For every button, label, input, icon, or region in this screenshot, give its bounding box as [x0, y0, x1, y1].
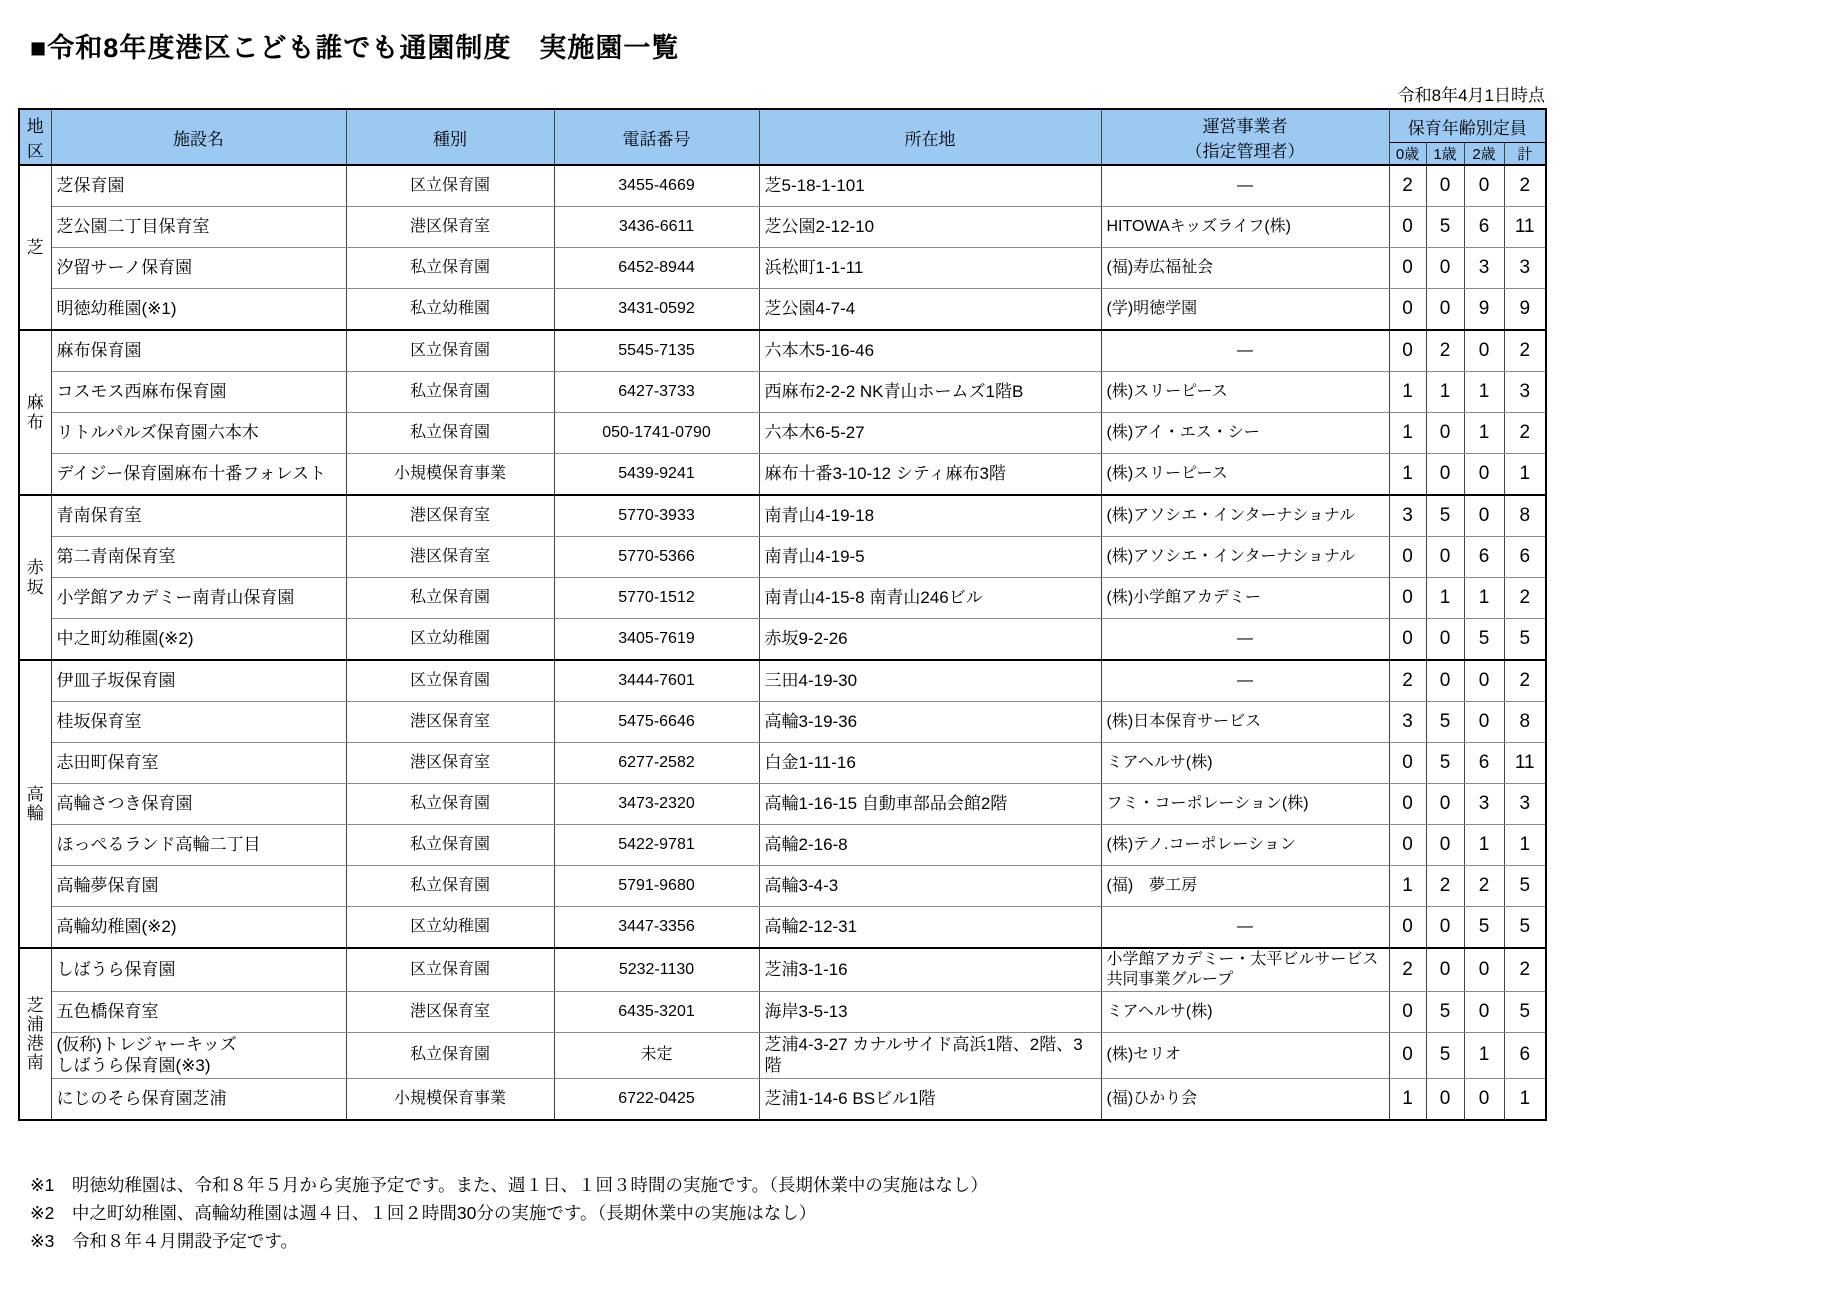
address-cell: 高輪2-12-31: [759, 907, 1101, 949]
table-row: 芝芝保育園区立保育園3455-4669芝5-18-1-101―2002: [19, 165, 1546, 207]
table-row: 高輪幼稚園(※2)区立幼稚園3447-3356高輪2-12-31―0055: [19, 907, 1546, 949]
a0-cell: 1: [1389, 454, 1426, 496]
district-label: 芝浦港南: [19, 948, 51, 1120]
address-cell: 南青山4-19-18: [759, 495, 1101, 537]
district-label-text: 赤坂: [26, 558, 45, 596]
total-cell: 1: [1504, 825, 1546, 866]
table-row: 志田町保育室港区保育室6277-2582白金1-11-16ミアヘルサ(株)056…: [19, 743, 1546, 784]
operator-cell: (株)アソシエ・インターナショナル: [1101, 495, 1389, 537]
phone-cell: 6452-8944: [554, 248, 759, 289]
total-cell: 6: [1504, 537, 1546, 578]
address-cell: 高輪3-4-3: [759, 866, 1101, 907]
a2-cell: 3: [1464, 784, 1504, 825]
phone-cell: 5791-9680: [554, 866, 759, 907]
a1-cell: 1: [1426, 578, 1464, 619]
phone-cell: 5770-3933: [554, 495, 759, 537]
header-facility-name: 施設名: [51, 109, 346, 165]
a0-cell: 3: [1389, 702, 1426, 743]
a1-cell: 0: [1426, 907, 1464, 949]
a2-cell: 0: [1464, 702, 1504, 743]
table-row: 桂坂保育室港区保育室5475-6646高輪3-19-36(株)日本保育サービス3…: [19, 702, 1546, 743]
a1-cell: 5: [1426, 1033, 1464, 1079]
a1-cell: 2: [1426, 330, 1464, 372]
a0-cell: 0: [1389, 907, 1426, 949]
a2-cell: 3: [1464, 248, 1504, 289]
type-cell: 区立保育園: [346, 330, 554, 372]
a2-cell: 0: [1464, 330, 1504, 372]
name-cell: 青南保育室: [51, 495, 346, 537]
name-cell: 芝公園二丁目保育室: [51, 207, 346, 248]
operator-cell: ―: [1101, 660, 1389, 702]
phone-cell: 未定: [554, 1033, 759, 1079]
operator-cell: 小学館アカデミー・太平ビルサービス 共同事業グループ: [1101, 948, 1389, 992]
name-cell: 伊皿子坂保育園: [51, 660, 346, 702]
a1-cell: 0: [1426, 165, 1464, 207]
table-row: 明徳幼稚園(※1)私立幼稚園3431-0592芝公園4-7-4(学)明徳学園00…: [19, 289, 1546, 331]
a0-cell: 0: [1389, 1033, 1426, 1079]
name-cell: 小学館アカデミー南青山保育園: [51, 578, 346, 619]
name-cell: 高輪幼稚園(※2): [51, 907, 346, 949]
address-cell: 芝浦3-1-16: [759, 948, 1101, 992]
operator-cell: フミ・コーポレーション(株): [1101, 784, 1389, 825]
a1-cell: 0: [1426, 1078, 1464, 1120]
type-cell: 私立保育園: [346, 578, 554, 619]
a0-cell: 1: [1389, 1078, 1426, 1120]
facilities-table: 地区 施設名 種別 電話番号 所在地 運営事業者 （指定管理者） 保育年齢別定員…: [18, 108, 1547, 1121]
type-cell: 港区保育室: [346, 207, 554, 248]
a0-cell: 2: [1389, 660, 1426, 702]
a1-cell: 0: [1426, 413, 1464, 454]
phone-cell: 5439-9241: [554, 454, 759, 496]
operator-cell: ミアヘルサ(株): [1101, 992, 1389, 1033]
operator-cell: (株)アソシエ・インターナショナル: [1101, 537, 1389, 578]
district-label: 高輪: [19, 660, 51, 948]
a0-cell: 2: [1389, 165, 1426, 207]
name-cell: 中之町幼稚園(※2): [51, 619, 346, 661]
address-cell: 麻布十番3-10-12 シティ麻布3階: [759, 454, 1101, 496]
name-cell: デイジー保育園麻布十番フォレスト: [51, 454, 346, 496]
total-cell: 3: [1504, 784, 1546, 825]
phone-cell: 3473-2320: [554, 784, 759, 825]
a0-cell: 0: [1389, 992, 1426, 1033]
address-cell: 浜松町1-1-11: [759, 248, 1101, 289]
a1-cell: 1: [1426, 372, 1464, 413]
district-section: 高輪伊皿子坂保育園区立保育園3444-7601三田4-19-30―2002桂坂保…: [19, 660, 1546, 948]
footnote-3: ※3 令和８年４月開設予定です。: [30, 1227, 1832, 1255]
address-cell: 芝5-18-1-101: [759, 165, 1101, 207]
name-cell: コスモス西麻布保育園: [51, 372, 346, 413]
phone-cell: 3431-0592: [554, 289, 759, 331]
name-cell: (仮称)トレジャーキッズ しばうら保育園(※3): [51, 1033, 346, 1079]
header-address: 所在地: [759, 109, 1101, 165]
header-age2: 2歳: [1464, 143, 1504, 166]
a2-cell: 5: [1464, 619, 1504, 661]
operator-cell: (株)スリーピース: [1101, 454, 1389, 496]
operator-cell: (株)スリーピース: [1101, 372, 1389, 413]
header-type: 種別: [346, 109, 554, 165]
type-cell: 小規模保育事業: [346, 454, 554, 496]
header-age1: 1歳: [1426, 143, 1464, 166]
name-cell: 桂坂保育室: [51, 702, 346, 743]
a1-cell: 5: [1426, 702, 1464, 743]
name-cell: 麻布保育園: [51, 330, 346, 372]
a1-cell: 0: [1426, 248, 1464, 289]
total-cell: 8: [1504, 495, 1546, 537]
header-phone: 電話番号: [554, 109, 759, 165]
a0-cell: 0: [1389, 825, 1426, 866]
total-cell: 11: [1504, 207, 1546, 248]
total-cell: 5: [1504, 992, 1546, 1033]
address-cell: 三田4-19-30: [759, 660, 1101, 702]
a0-cell: 0: [1389, 248, 1426, 289]
table-row: 中之町幼稚園(※2)区立幼稚園3405-7619赤坂9-2-26―0055: [19, 619, 1546, 661]
a1-cell: 5: [1426, 207, 1464, 248]
a2-cell: 0: [1464, 992, 1504, 1033]
table-row: にじのそら保育園芝浦小規模保育事業6722-0425芝浦1-14-6 BSビル1…: [19, 1078, 1546, 1120]
table-row: ほっぺるランド高輪二丁目私立保育園5422-9781高輪2-16-8(株)テノ.…: [19, 825, 1546, 866]
type-cell: 私立保育園: [346, 372, 554, 413]
address-cell: 芝浦4-3-27 カナルサイド高浜1階、2階、3階: [759, 1033, 1101, 1079]
operator-cell: (福)寿広福祉会: [1101, 248, 1389, 289]
operator-cell: (株)小学館アカデミー: [1101, 578, 1389, 619]
phone-cell: 6435-3201: [554, 992, 759, 1033]
address-cell: 六本木6-5-27: [759, 413, 1101, 454]
as-of-date: 令和8年4月1日時点: [18, 81, 1545, 106]
phone-cell: 050-1741-0790: [554, 413, 759, 454]
operator-cell: (学)明徳学園: [1101, 289, 1389, 331]
name-cell: 志田町保育室: [51, 743, 346, 784]
district-section: 赤坂青南保育室港区保育室5770-3933南青山4-19-18(株)アソシエ・イ…: [19, 495, 1546, 660]
name-cell: リトルパルズ保育園六本木: [51, 413, 346, 454]
a2-cell: 5: [1464, 907, 1504, 949]
table-row: (仮称)トレジャーキッズ しばうら保育園(※3)私立保育園未定芝浦4-3-27 …: [19, 1033, 1546, 1079]
operator-cell: (株)日本保育サービス: [1101, 702, 1389, 743]
total-cell: 1: [1504, 454, 1546, 496]
a1-cell: 5: [1426, 743, 1464, 784]
type-cell: 私立保育園: [346, 866, 554, 907]
name-cell: ほっぺるランド高輪二丁目: [51, 825, 346, 866]
operator-cell: (株)セリオ: [1101, 1033, 1389, 1079]
name-cell: 芝保育園: [51, 165, 346, 207]
operator-cell: (株)テノ.コーポレーション: [1101, 825, 1389, 866]
table-row: 汐留サーノ保育園私立保育園6452-8944浜松町1-1-11(福)寿広福祉会0…: [19, 248, 1546, 289]
a2-cell: 2: [1464, 866, 1504, 907]
a2-cell: 0: [1464, 1078, 1504, 1120]
type-cell: 港区保育室: [346, 743, 554, 784]
operator-cell: (福) 夢工房: [1101, 866, 1389, 907]
a2-cell: 1: [1464, 825, 1504, 866]
footnotes: ※1 明徳幼稚園は、令和８年５月から実施予定です。また、週１日、１回３時間の実施…: [30, 1171, 1832, 1256]
address-cell: 芝公園2-12-10: [759, 207, 1101, 248]
a2-cell: 6: [1464, 207, 1504, 248]
phone-cell: 3444-7601: [554, 660, 759, 702]
table-row: 高輪さつき保育園私立保育園3473-2320高輪1-16-15 自動車部品会館2…: [19, 784, 1546, 825]
a0-cell: 0: [1389, 289, 1426, 331]
operator-cell: ―: [1101, 165, 1389, 207]
a2-cell: 0: [1464, 948, 1504, 992]
phone-cell: 5545-7135: [554, 330, 759, 372]
total-cell: 1: [1504, 1078, 1546, 1120]
a0-cell: 0: [1389, 619, 1426, 661]
a2-cell: 1: [1464, 372, 1504, 413]
district-label-text: 麻布: [26, 393, 45, 431]
a1-cell: 5: [1426, 495, 1464, 537]
type-cell: 港区保育室: [346, 495, 554, 537]
a2-cell: 0: [1464, 454, 1504, 496]
type-cell: 区立保育園: [346, 948, 554, 992]
address-cell: 南青山4-15-8 南青山246ビル: [759, 578, 1101, 619]
a1-cell: 0: [1426, 619, 1464, 661]
name-cell: 明徳幼稚園(※1): [51, 289, 346, 331]
table-row: 第二青南保育室港区保育室5770-5366南青山4-19-5(株)アソシエ・イン…: [19, 537, 1546, 578]
address-cell: 六本木5-16-46: [759, 330, 1101, 372]
type-cell: 区立保育園: [346, 660, 554, 702]
address-cell: 西麻布2-2-2 NK青山ホームズ1階B: [759, 372, 1101, 413]
phone-cell: 3436-6611: [554, 207, 759, 248]
a0-cell: 0: [1389, 784, 1426, 825]
phone-cell: 5475-6646: [554, 702, 759, 743]
table-row: 五色橋保育室港区保育室6435-3201海岸3-5-13ミアヘルサ(株)0505: [19, 992, 1546, 1033]
address-cell: 芝浦1-14-6 BSビル1階: [759, 1078, 1101, 1120]
total-cell: 2: [1504, 578, 1546, 619]
table-row: 赤坂青南保育室港区保育室5770-3933南青山4-19-18(株)アソシエ・イ…: [19, 495, 1546, 537]
a0-cell: 2: [1389, 948, 1426, 992]
table-row: 高輪伊皿子坂保育園区立保育園3444-7601三田4-19-30―2002: [19, 660, 1546, 702]
a2-cell: 6: [1464, 537, 1504, 578]
total-cell: 3: [1504, 248, 1546, 289]
address-cell: 高輪2-16-8: [759, 825, 1101, 866]
total-cell: 8: [1504, 702, 1546, 743]
district-section: 芝芝保育園区立保育園3455-4669芝5-18-1-101―2002芝公園二丁…: [19, 165, 1546, 330]
phone-cell: 5770-5366: [554, 537, 759, 578]
table-row: デイジー保育園麻布十番フォレスト小規模保育事業5439-9241麻布十番3-10…: [19, 454, 1546, 496]
header-age0: 0歳: [1389, 143, 1426, 166]
name-cell: 汐留サーノ保育園: [51, 248, 346, 289]
a0-cell: 1: [1389, 413, 1426, 454]
name-cell: 五色橋保育室: [51, 992, 346, 1033]
operator-cell: ―: [1101, 330, 1389, 372]
table-row: リトルパルズ保育園六本木私立保育園050-1741-0790六本木6-5-27(…: [19, 413, 1546, 454]
total-cell: 5: [1504, 619, 1546, 661]
type-cell: 私立保育園: [346, 825, 554, 866]
name-cell: しばうら保育園: [51, 948, 346, 992]
a0-cell: 0: [1389, 330, 1426, 372]
header-district: 地区: [19, 109, 51, 165]
address-cell: 赤坂9-2-26: [759, 619, 1101, 661]
operator-cell: ミアヘルサ(株): [1101, 743, 1389, 784]
a0-cell: 0: [1389, 578, 1426, 619]
a2-cell: 1: [1464, 413, 1504, 454]
phone-cell: 5770-1512: [554, 578, 759, 619]
a1-cell: 0: [1426, 454, 1464, 496]
a2-cell: 1: [1464, 578, 1504, 619]
footnote-1: ※1 明徳幼稚園は、令和８年５月から実施予定です。また、週１日、１回３時間の実施…: [30, 1171, 1832, 1199]
phone-cell: 3447-3356: [554, 907, 759, 949]
address-cell: 芝公園4-7-4: [759, 289, 1101, 331]
a2-cell: 0: [1464, 660, 1504, 702]
operator-cell: (福)ひかり会: [1101, 1078, 1389, 1120]
table-row: 芝浦港南しばうら保育園区立保育園5232-1130芝浦3-1-16小学館アカデミ…: [19, 948, 1546, 992]
operator-cell: ―: [1101, 619, 1389, 661]
district-section: 麻布麻布保育園区立保育園5545-7135六本木5-16-46―0202コスモス…: [19, 330, 1546, 495]
total-cell: 3: [1504, 372, 1546, 413]
total-cell: 6: [1504, 1033, 1546, 1079]
document-page: ■令和8年度港区こども誰でも通園制度 実施園一覧 令和8年4月1日時点 地区 施…: [0, 0, 1832, 1300]
phone-cell: 6722-0425: [554, 1078, 759, 1120]
a2-cell: 9: [1464, 289, 1504, 331]
total-cell: 9: [1504, 289, 1546, 331]
a0-cell: 0: [1389, 537, 1426, 578]
phone-cell: 3455-4669: [554, 165, 759, 207]
total-cell: 5: [1504, 866, 1546, 907]
type-cell: 私立保育園: [346, 1033, 554, 1079]
operator-cell: (株)アイ・エス・シー: [1101, 413, 1389, 454]
a0-cell: 0: [1389, 207, 1426, 248]
phone-cell: 5232-1130: [554, 948, 759, 992]
type-cell: 港区保育室: [346, 537, 554, 578]
phone-cell: 6427-3733: [554, 372, 759, 413]
header-operator: 運営事業者 （指定管理者）: [1101, 109, 1389, 165]
a1-cell: 0: [1426, 948, 1464, 992]
total-cell: 2: [1504, 330, 1546, 372]
phone-cell: 5422-9781: [554, 825, 759, 866]
address-cell: 高輪3-19-36: [759, 702, 1101, 743]
a2-cell: 1: [1464, 1033, 1504, 1079]
table-row: 高輪夢保育園私立保育園5791-9680高輪3-4-3(福) 夢工房1225: [19, 866, 1546, 907]
operator-cell: ―: [1101, 907, 1389, 949]
a1-cell: 0: [1426, 537, 1464, 578]
type-cell: 港区保育室: [346, 702, 554, 743]
type-cell: 区立保育園: [346, 165, 554, 207]
district-label: 芝: [19, 165, 51, 330]
a0-cell: 3: [1389, 495, 1426, 537]
a2-cell: 0: [1464, 165, 1504, 207]
footnote-2: ※2 中之町幼稚園、高輪幼稚園は週４日、１回２時間30分の実施です。（長期休業中…: [30, 1199, 1832, 1227]
type-cell: 私立保育園: [346, 248, 554, 289]
phone-cell: 6277-2582: [554, 743, 759, 784]
district-label-text: 芝: [26, 238, 45, 257]
total-cell: 2: [1504, 165, 1546, 207]
operator-cell: HITOWAキッズライフ(株): [1101, 207, 1389, 248]
district-section: 芝浦港南しばうら保育園区立保育園5232-1130芝浦3-1-16小学館アカデミ…: [19, 948, 1546, 1120]
a1-cell: 5: [1426, 992, 1464, 1033]
a2-cell: 6: [1464, 743, 1504, 784]
a1-cell: 0: [1426, 784, 1464, 825]
type-cell: 区立幼稚園: [346, 619, 554, 661]
phone-cell: 3405-7619: [554, 619, 759, 661]
name-cell: にじのそら保育園芝浦: [51, 1078, 346, 1120]
total-cell: 2: [1504, 948, 1546, 992]
table-row: 小学館アカデミー南青山保育園私立保育園5770-1512南青山4-15-8 南青…: [19, 578, 1546, 619]
header-capacity-group: 保育年齢別定員: [1389, 109, 1546, 143]
table-row: 芝公園二丁目保育室港区保育室3436-6611芝公園2-12-10HITOWAキ…: [19, 207, 1546, 248]
address-cell: 海岸3-5-13: [759, 992, 1101, 1033]
table-header: 地区 施設名 種別 電話番号 所在地 運営事業者 （指定管理者） 保育年齢別定員…: [19, 109, 1546, 165]
header-total: 計: [1504, 143, 1546, 166]
type-cell: 私立保育園: [346, 784, 554, 825]
type-cell: 私立幼稚園: [346, 289, 554, 331]
type-cell: 区立幼稚園: [346, 907, 554, 949]
a1-cell: 0: [1426, 289, 1464, 331]
page-title: ■令和8年度港区こども誰でも通園制度 実施園一覧: [0, 0, 1832, 65]
address-cell: 南青山4-19-5: [759, 537, 1101, 578]
total-cell: 2: [1504, 413, 1546, 454]
district-label-text: 芝浦港南: [26, 996, 45, 1072]
name-cell: 第二青南保育室: [51, 537, 346, 578]
a0-cell: 1: [1389, 372, 1426, 413]
address-cell: 高輪1-16-15 自動車部品会館2階: [759, 784, 1101, 825]
name-cell: 高輪さつき保育園: [51, 784, 346, 825]
type-cell: 港区保育室: [346, 992, 554, 1033]
a1-cell: 0: [1426, 825, 1464, 866]
a0-cell: 0: [1389, 743, 1426, 784]
name-cell: 高輪夢保育園: [51, 866, 346, 907]
a1-cell: 2: [1426, 866, 1464, 907]
district-label: 麻布: [19, 330, 51, 495]
type-cell: 小規模保育事業: [346, 1078, 554, 1120]
type-cell: 私立保育園: [346, 413, 554, 454]
total-cell: 5: [1504, 907, 1546, 949]
district-label: 赤坂: [19, 495, 51, 660]
a2-cell: 0: [1464, 495, 1504, 537]
address-cell: 白金1-11-16: [759, 743, 1101, 784]
total-cell: 11: [1504, 743, 1546, 784]
district-label-text: 高輪: [26, 785, 45, 823]
a0-cell: 1: [1389, 866, 1426, 907]
table-row: コスモス西麻布保育園私立保育園6427-3733西麻布2-2-2 NK青山ホーム…: [19, 372, 1546, 413]
a1-cell: 0: [1426, 660, 1464, 702]
table-row: 麻布麻布保育園区立保育園5545-7135六本木5-16-46―0202: [19, 330, 1546, 372]
total-cell: 2: [1504, 660, 1546, 702]
